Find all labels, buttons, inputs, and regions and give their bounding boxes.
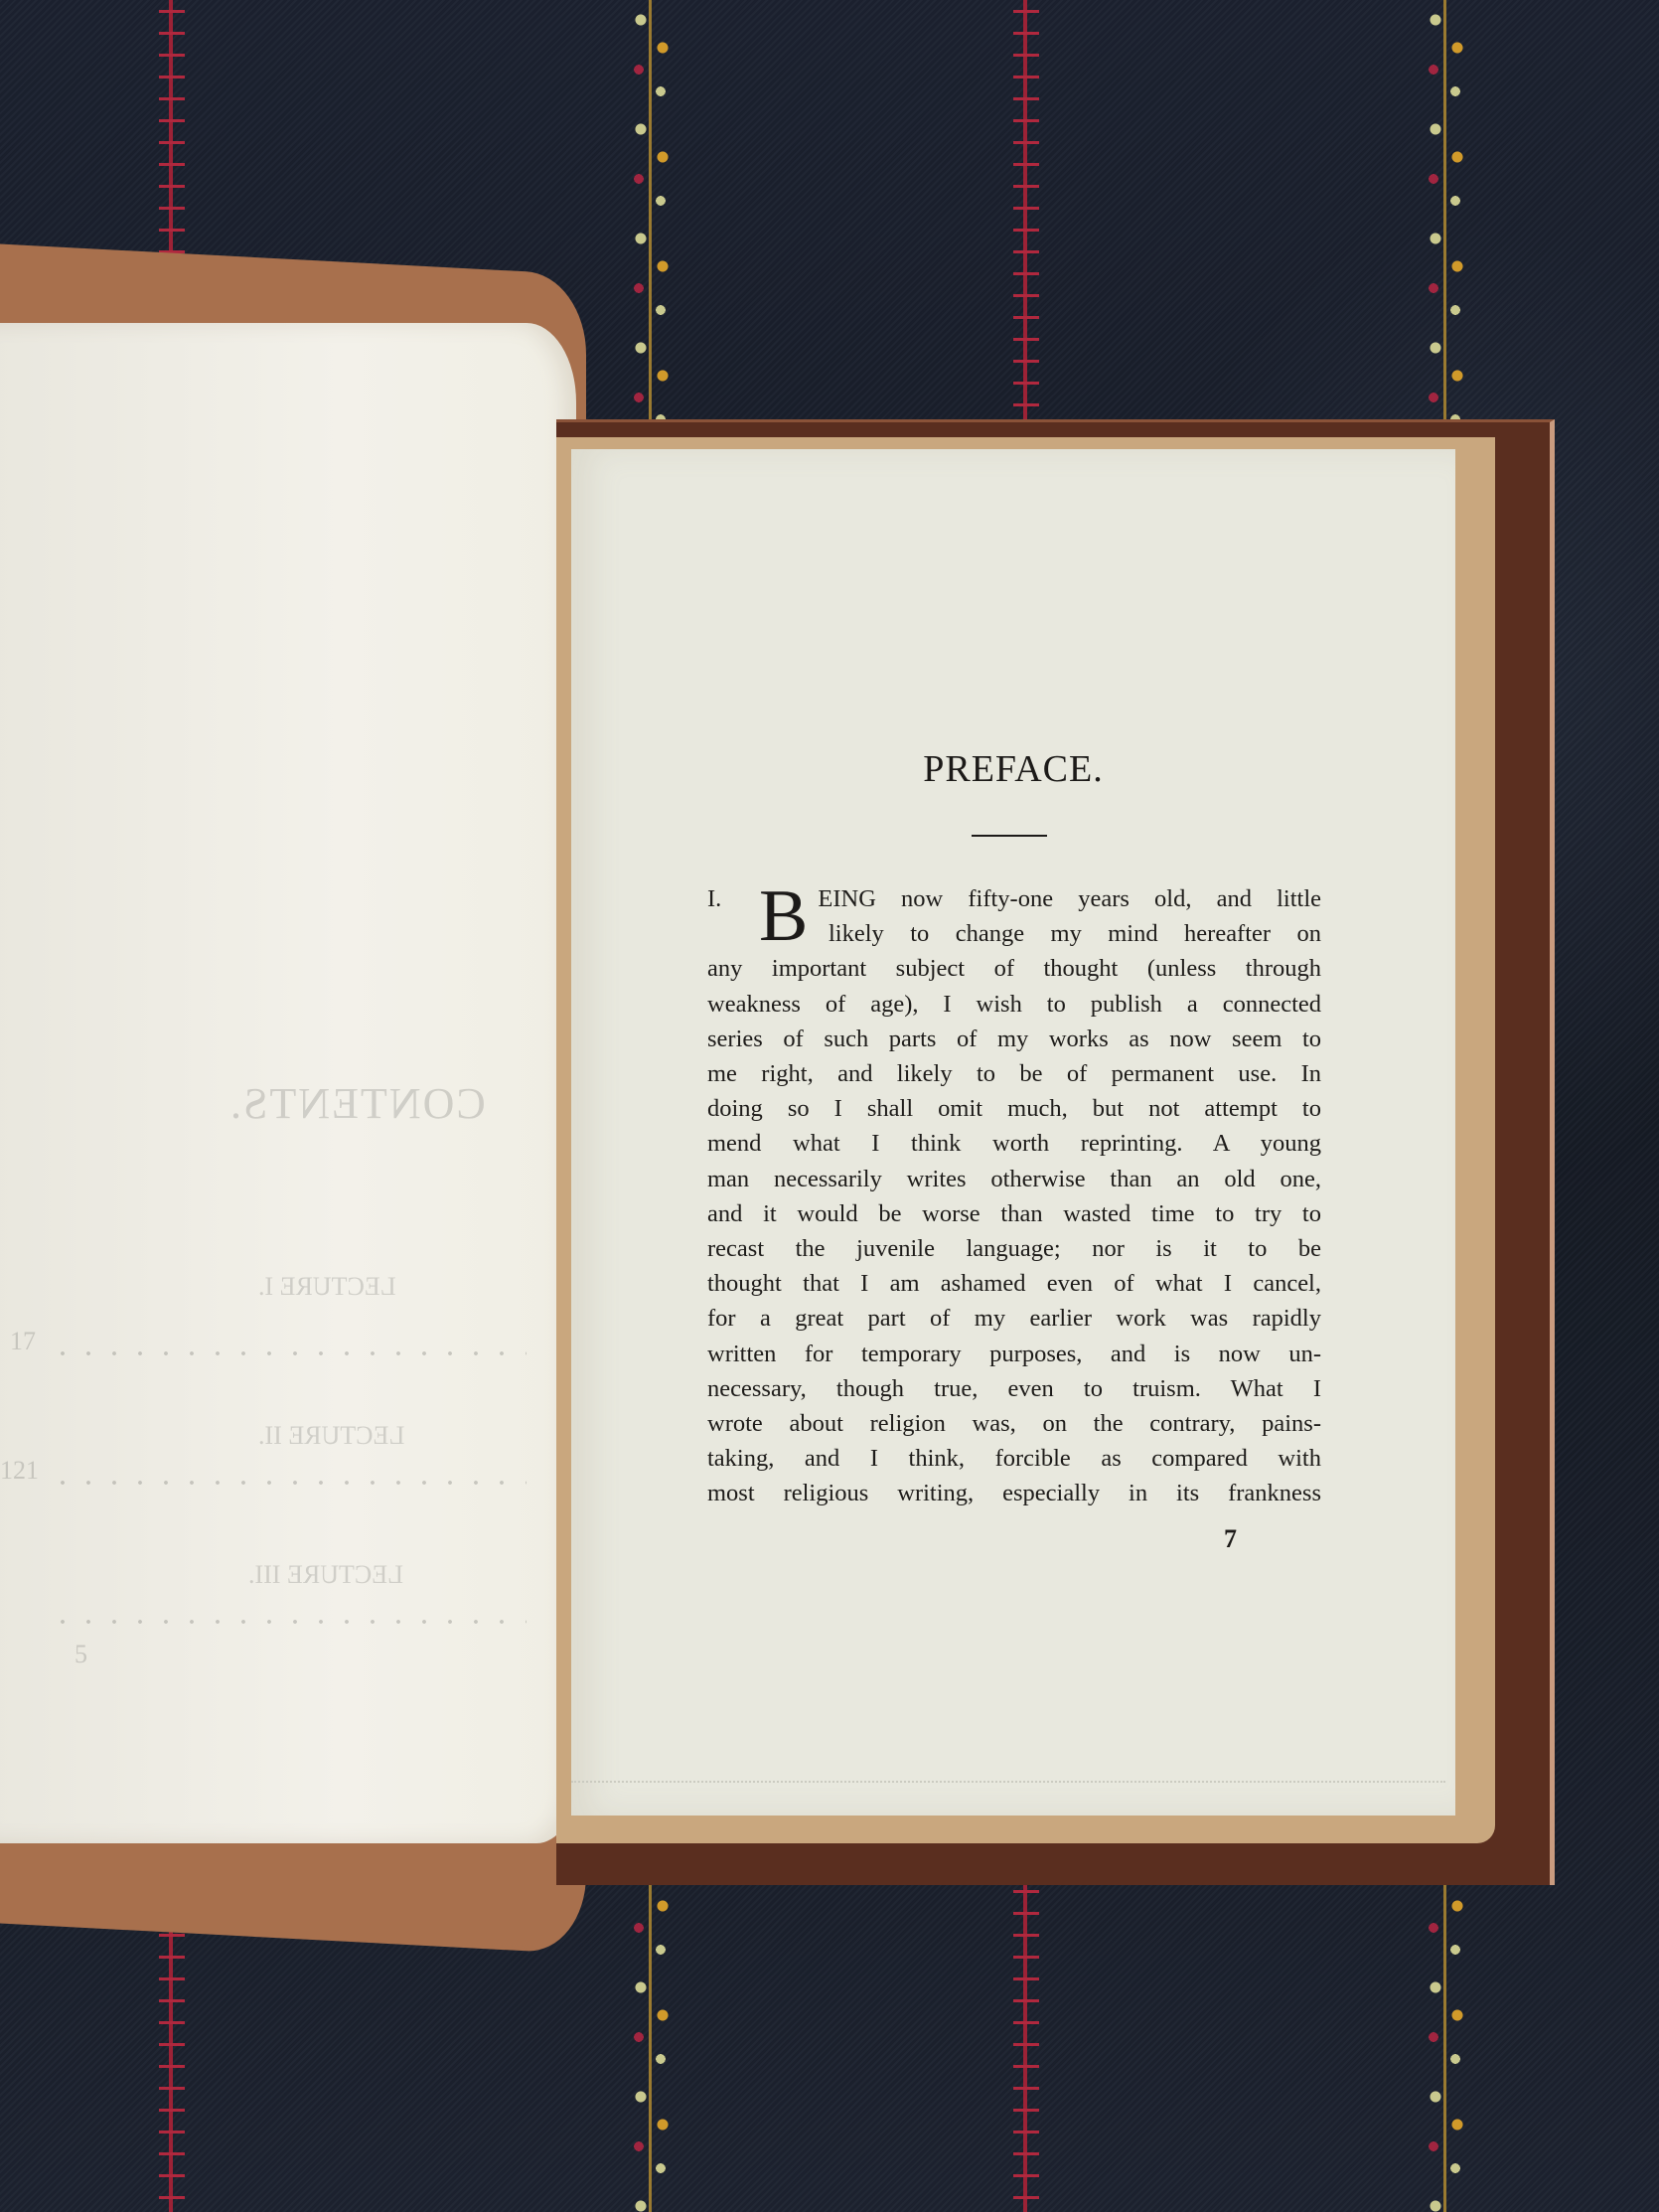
section-number: I. bbox=[707, 885, 721, 912]
text-line: EING now fifty-one years old, and little bbox=[776, 885, 1321, 912]
text-line: wrote about religion was, on the contrar… bbox=[707, 1406, 1321, 1441]
page-title: PREFACE. bbox=[571, 747, 1455, 791]
text-line: thought that I am ashamed even of what I… bbox=[707, 1266, 1321, 1301]
text-line: taking, and I think, forcible as compare… bbox=[707, 1441, 1321, 1476]
text-line: doing so I shall omit much, but not atte… bbox=[707, 1091, 1321, 1126]
right-page: PREFACE. B I. EING now fifty-one years o… bbox=[571, 449, 1455, 1816]
text-line: series of such parts of my works as now … bbox=[707, 1022, 1321, 1056]
bleed-through-leader bbox=[50, 1351, 527, 1355]
text-line: recast the juvenile language; nor is it … bbox=[707, 1231, 1321, 1266]
bleed-through-page-number: 5 bbox=[75, 1640, 87, 1669]
text-line: most religious writing, especially in it… bbox=[707, 1476, 1321, 1510]
text-line: man necessarily writes otherwise than an… bbox=[707, 1162, 1321, 1196]
bleed-through-title: CONTENTS. bbox=[228, 1078, 486, 1129]
bleed-through-leader bbox=[50, 1481, 527, 1485]
bleed-through-page-ref: 121 bbox=[0, 1456, 39, 1486]
text-line: weakness of age), I wish to publish a co… bbox=[707, 987, 1321, 1022]
text-line: and it would be worse than wasted time t… bbox=[707, 1196, 1321, 1231]
preface-body: B I. EING now fifty-one years old, and l… bbox=[707, 881, 1321, 1511]
text-line: necessary, though true, even to truism. … bbox=[707, 1371, 1321, 1406]
page-number: 7 bbox=[1224, 1524, 1237, 1554]
bleed-through-leader bbox=[50, 1620, 527, 1624]
bleed-through-heading: LECTURE I. bbox=[258, 1272, 396, 1302]
drop-cap: B bbox=[759, 879, 808, 953]
text-line: written for temporary purposes, and is n… bbox=[707, 1337, 1321, 1371]
text-line: mend what I think worth reprinting. A yo… bbox=[707, 1126, 1321, 1161]
title-rule-divider bbox=[972, 835, 1047, 837]
left-page: CONTENTS. LECTURE I. 17 LECTURE II. 121 … bbox=[0, 323, 576, 1843]
text-line: me right, and likely to be of permanent … bbox=[707, 1056, 1321, 1091]
bleed-through-page-ref: 17 bbox=[10, 1327, 36, 1356]
bleed-through-heading: LECTURE III. bbox=[248, 1560, 403, 1590]
bleed-through-heading: LECTURE II. bbox=[258, 1421, 404, 1451]
text-line: for a great part of my earlier work was … bbox=[707, 1301, 1321, 1336]
